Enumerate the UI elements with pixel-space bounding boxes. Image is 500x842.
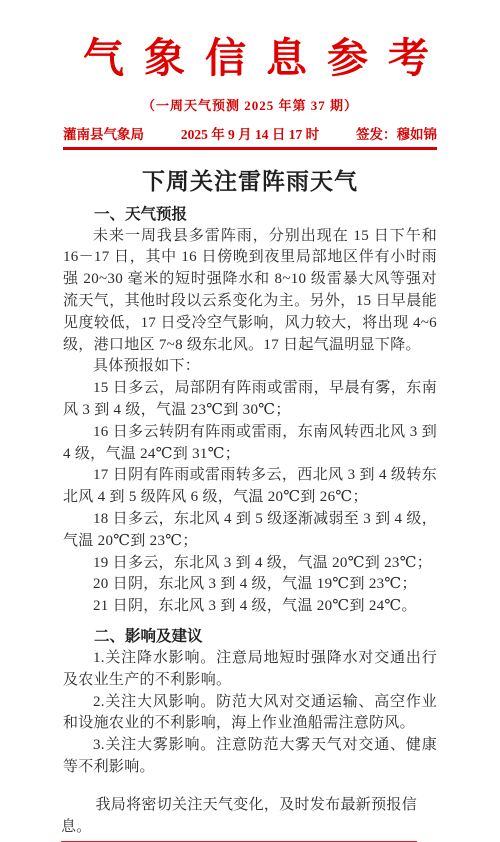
closing-statement: 我局将密切关注天气变化，及时发布最新预报信息。 xyxy=(61,795,417,839)
forecast-item-day15: 15 日多云，局部阴有阵雨或雷雨，早晨有雾，东南风 3 到 4 级，气温 23℃… xyxy=(63,378,437,422)
document-title: 下周关注雷阵雨天气 xyxy=(63,163,437,196)
issue-number-line: （一周天气预测 2025 年第 37 期） xyxy=(63,95,437,114)
meta-row: 灌南县气象局 2025 年 9 月 14 日 17 时 签发：穆如锦 xyxy=(63,123,437,143)
issuer-name: 签发：穆如锦 xyxy=(356,123,437,143)
section-1-heading: 一、天气预报 xyxy=(63,204,437,226)
issue-datetime: 2025 年 9 月 14 日 17 时 xyxy=(181,123,319,143)
forecast-item-day19: 19 日多云，东北风 3 到 4 级，气温 20℃到 23℃； xyxy=(63,553,437,575)
suggestion-wind: 2.关注大风影响。防范大风对交通运输、高空作业和设施农业的不利影响，海上作业渔船… xyxy=(63,692,437,736)
document-page: 气象信息参考 （一周天气预测 2025 年第 37 期） 灌南县气象局 2025… xyxy=(0,0,500,842)
agency-name: 灌南县气象局 xyxy=(63,123,144,143)
closing-underline-rule: 我局将密切关注天气变化，及时发布最新预报信息。 xyxy=(61,795,417,842)
forecast-item-day17: 17 日阴有阵雨或雷雨转多云，西北风 3 到 4 级转东北风 4 到 5 级阵风… xyxy=(63,465,437,509)
forecast-overview-paragraph: 未来一周我县多雷阵雨，分别出现在 15 日下午和 16－17 日，其中 16 日… xyxy=(63,226,437,357)
forecast-item-day20: 20 日阴，东北风 3 到 4 级，气温 19℃到 23℃； xyxy=(63,574,437,596)
section-2-heading: 二、影响及建议 xyxy=(63,626,437,648)
masthead-title: 气象信息参考 xyxy=(63,36,437,81)
forecast-item-day16: 16 日多云转阴有阵雨或雷雨，东南风转西北风 3 到 4 级，气温 24℃到 3… xyxy=(63,422,437,466)
forecast-lead-line: 具体预报如下： xyxy=(63,356,437,378)
suggestion-fog: 3.关注大雾影响。注意防范大雾天气对交通、健康等不利影响。 xyxy=(63,735,437,779)
forecast-item-day18: 18 日多云，东北风 4 到 5 级逐渐减弱至 3 到 4 级，气温 20℃到 … xyxy=(63,509,437,553)
suggestion-rainfall: 1.关注降水影响。注意局地短时强降水对交通出行及农业生产的不利影响。 xyxy=(63,648,437,692)
header-divider-rule xyxy=(63,147,437,150)
forecast-item-day21: 21 日阴，东北风 3 到 4 级，气温 20℃到 24℃。 xyxy=(63,596,437,618)
